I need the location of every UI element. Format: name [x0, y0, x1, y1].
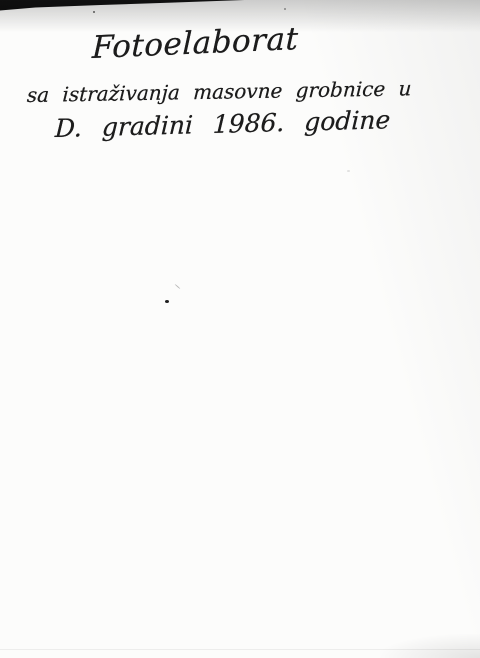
bottom-right-shade: [380, 634, 480, 658]
photo-verso-scan: Fotoelaborat sa istraživanja masovne gro…: [0, 0, 480, 658]
dust-speck: [284, 8, 286, 10]
dust-speck: [347, 170, 350, 172]
handwriting-line-3: D. gradini 1986. godine: [54, 105, 391, 143]
dust-speck: [93, 11, 95, 13]
handwriting-line-1: Fotoelaborat: [92, 21, 299, 66]
film-edge-top: [0, 0, 252, 12]
ink-speck: [165, 300, 169, 303]
scratch-mark: [174, 284, 180, 289]
handwriting-line-2: sa istraživanja masovne grobnice u: [26, 76, 412, 107]
